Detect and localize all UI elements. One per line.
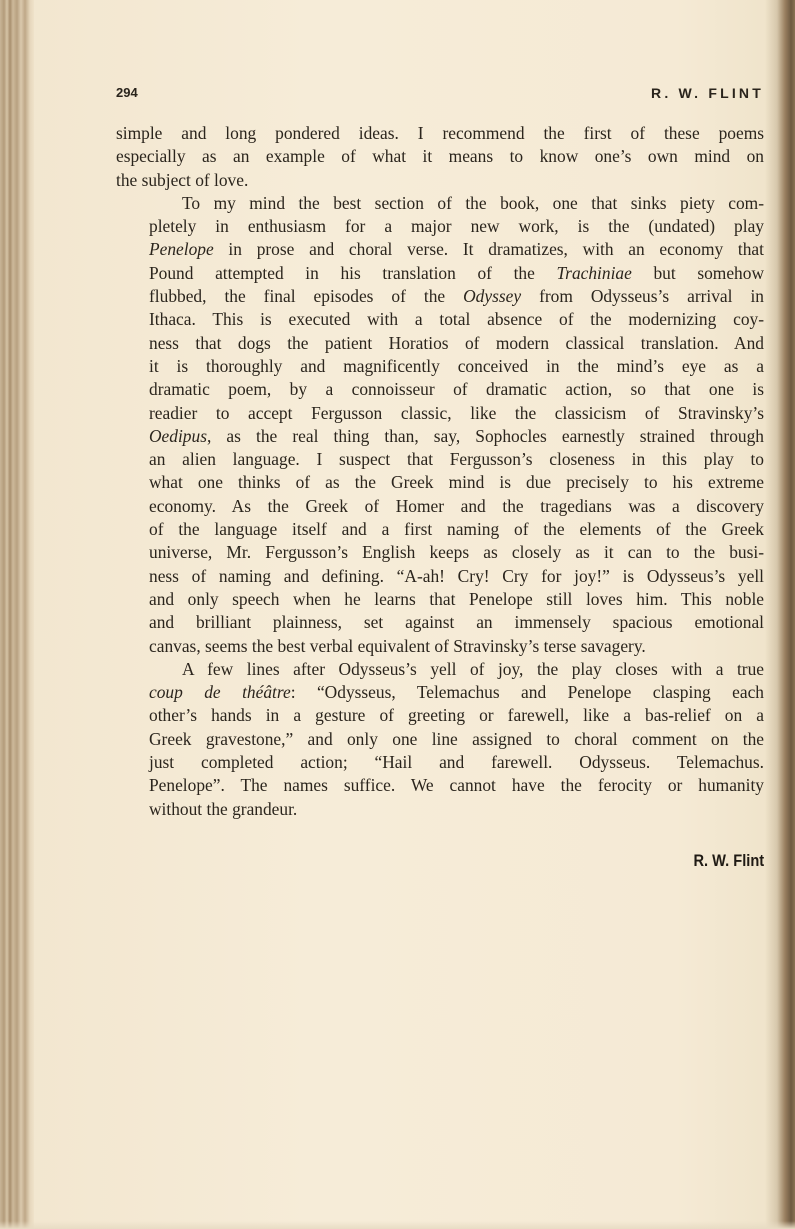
paragraph: A few lines after Odysseus’s yell of joy… — [116, 658, 764, 821]
text-line: flubbed, the final episodes of the Odyss… — [116, 285, 764, 308]
text-line: the subject of love. — [116, 169, 764, 192]
running-header: 294 R. W. FLINT — [116, 85, 764, 105]
text-line: readier to accept Fergusson classic, lik… — [116, 402, 764, 425]
text-line: simple and long pondered ideas. I recomm… — [116, 122, 764, 145]
text-line: economy. As the Greek of Homer and the t… — [116, 495, 764, 518]
italic-title: Oedipus — [149, 426, 207, 446]
text-line: coup de théâtre: “Odysseus, Telemachus a… — [116, 681, 764, 704]
text-line: Pound attempted in his translation of th… — [116, 262, 764, 285]
text-line: canvas, seems the best verbal equivalent… — [116, 635, 764, 658]
text-line: it is thoroughly and magnificently conce… — [116, 355, 764, 378]
text-line: without the grandeur. — [116, 798, 764, 821]
body-text: simple and long pondered ideas. I recomm… — [116, 122, 764, 821]
page-number: 294 — [116, 85, 138, 100]
text-line: an alien language. I suspect that Fergus… — [116, 448, 764, 471]
text-line: and only speech when he learns that Pene… — [116, 588, 764, 611]
text-line: universe, Mr. Fergusson’s English keeps … — [116, 541, 764, 564]
text-line: what one thinks of as the Greek mind is … — [116, 471, 764, 494]
author-signature: R. W. Flint — [693, 851, 764, 871]
text-line: Penelope in prose and choral verse. It d… — [116, 238, 764, 261]
text-line: especially as an example of what it mean… — [116, 145, 764, 168]
text-line: ness of naming and defining. “A-ah! Cry!… — [116, 565, 764, 588]
paragraph: To my mind the best section of the book,… — [116, 192, 764, 658]
italic-title: Penelope — [149, 239, 214, 259]
text-line: other’s hands in a gesture of greeting o… — [116, 704, 764, 727]
book-page: 294 R. W. FLINT simple and long pondered… — [0, 0, 795, 1229]
text-line: Oedipus, as the real thing than, say, So… — [116, 425, 764, 448]
text-line: and brilliant plainness, set against an … — [116, 611, 764, 634]
page-edge-shadow — [765, 0, 795, 1229]
text-line: of the language itself and a first namin… — [116, 518, 764, 541]
italic-title: coup de théâtre — [149, 682, 291, 702]
book-spine-shadow — [0, 0, 34, 1229]
italic-title: Trachiniae — [556, 263, 631, 283]
text-line: ness that dogs the patient Horatios of m… — [116, 332, 764, 355]
text-line: just completed action; “Hail and farewel… — [116, 751, 764, 774]
text-line: A few lines after Odysseus’s yell of joy… — [116, 658, 764, 681]
italic-title: Odyssey — [463, 286, 521, 306]
paragraph: simple and long pondered ideas. I recomm… — [116, 122, 764, 192]
page-bottom-edge — [0, 1221, 795, 1229]
text-line: Ithaca. This is executed with a total ab… — [116, 308, 764, 331]
text-line: To my mind the best section of the book,… — [116, 192, 764, 215]
text-line: Greek gravestone,” and only one line ass… — [116, 728, 764, 751]
text-line: pletely in enthusiasm for a major new wo… — [116, 215, 764, 238]
text-line: Penelope”. The names suffice. We cannot … — [116, 774, 764, 797]
running-head-author: R. W. FLINT — [651, 85, 764, 101]
text-line: dramatic poem, by a connoisseur of drama… — [116, 378, 764, 401]
